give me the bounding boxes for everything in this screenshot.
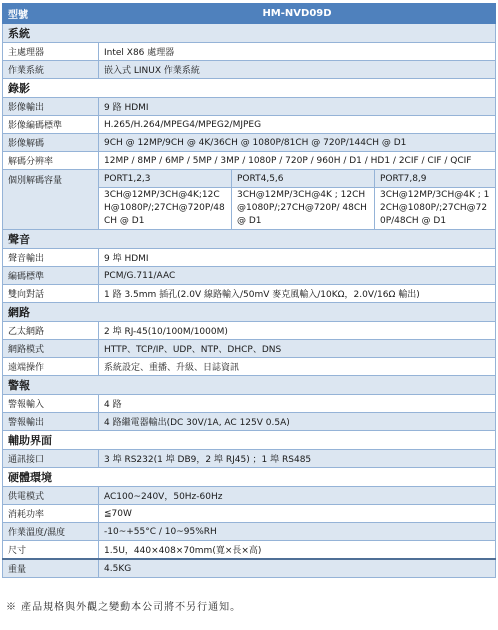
spec-value: HTTP、TCP/IP、UDP、NTP、DHCP、DNS <box>99 340 496 358</box>
spec-value: 1.5U，440×408×70mm(寬×長×高) <box>99 541 496 560</box>
spec-label: 網路模式 <box>3 340 99 358</box>
spec-row: 網路模式 HTTP、TCP/IP、UDP、NTP、DHCP、DNS <box>3 340 496 358</box>
spec-row: 重量 4.5KG <box>3 559 496 578</box>
section-audio: 聲音 <box>3 230 496 249</box>
port-name: PORT4,5,6 <box>232 170 375 188</box>
spec-label: 雙向對話 <box>3 285 99 303</box>
spec-value: -10~+55°C / 10~95%RH <box>99 523 496 541</box>
spec-value: 2 埠 RJ-45(10/100M/1000M) <box>99 322 496 340</box>
spec-label: 通訊接口 <box>3 450 99 468</box>
spec-label: 主處理器 <box>3 43 99 61</box>
spec-row: 遠端操作 系統設定、重播、升級、日誌資訊 <box>3 358 496 376</box>
header-row: 型號 HM-NVD09D <box>3 4 496 24</box>
spec-value: ≦70W <box>99 505 496 523</box>
spec-label: 個別解碼容量 <box>3 170 99 230</box>
port-value: 3CH@12MP/3CH@4K ; 12CH@1080P/;27CH@720P/… <box>375 188 496 230</box>
spec-label: 消耗功率 <box>3 505 99 523</box>
section-alarm: 警報 <box>3 376 496 395</box>
spec-row: 雙向對話 1 路 3.5mm 插孔(2.0V 線路輸入/50mV 麥克風輸入/1… <box>3 285 496 303</box>
section-hardware: 硬體環境 <box>3 468 496 487</box>
spec-row: 警報輸入 4 路 <box>3 395 496 413</box>
spec-value: 4 路 <box>99 395 496 413</box>
section-title: 錄影 <box>3 79 496 98</box>
spec-label: 影像輸出 <box>3 98 99 116</box>
section-title: 警報 <box>3 376 496 395</box>
spec-row: 影像編碼標準 H.265/H.264/MPEG4/MPEG2/MJPEG <box>3 116 496 134</box>
spec-row: 解碼分辨率 12MP / 8MP / 6MP / 5MP / 3MP / 108… <box>3 152 496 170</box>
spec-table: 型號 HM-NVD09D 系統 主處理器 Intel X86 處理器 作業系統 … <box>2 3 496 578</box>
port-name: PORT1,2,3 <box>99 170 232 188</box>
section-recording: 錄影 <box>3 79 496 98</box>
spec-row: 主處理器 Intel X86 處理器 <box>3 43 496 61</box>
spec-label: 供電模式 <box>3 487 99 505</box>
model-name: HM-NVD09D <box>99 4 496 24</box>
spec-row: 作業系統 嵌入式 LINUX 作業系統 <box>3 61 496 79</box>
spec-row: 乙太網路 2 埠 RJ-45(10/100M/1000M) <box>3 322 496 340</box>
spec-row: 通訊接口 3 埠 RS232(1 埠 DB9，2 埠 RJ45) ；1 埠 RS… <box>3 450 496 468</box>
spec-row: 供電模式 AC100~240V，50Hz-60Hz <box>3 487 496 505</box>
section-system: 系統 <box>3 24 496 43</box>
spec-value: 3 埠 RS232(1 埠 DB9，2 埠 RJ45) ；1 埠 RS485 <box>99 450 496 468</box>
spec-label: 乙太網路 <box>3 322 99 340</box>
port-header-row: 個別解碼容量 PORT1,2,3 PORT4,5,6 PORT7,8,9 <box>3 170 496 188</box>
spec-label: 警報輸入 <box>3 395 99 413</box>
section-title: 硬體環境 <box>3 468 496 487</box>
port-value: 3CH@12MP/3CH@4K;12CH@1080P/;27CH@720P/48… <box>99 188 232 230</box>
spec-value: 9 埠 HDMI <box>99 249 496 267</box>
spec-value: AC100~240V，50Hz-60Hz <box>99 487 496 505</box>
spec-label: 警報輸出 <box>3 413 99 431</box>
spec-value: PCM/G.711/AAC <box>99 267 496 285</box>
port-value: 3CH@12MP/3CH@4K ; 12CH@1080P/;27CH@720P/… <box>232 188 375 230</box>
port-name: PORT7,8,9 <box>375 170 496 188</box>
spec-value: 9CH @ 12MP/9CH @ 4K/36CH @ 1080P/81CH @ … <box>99 134 496 152</box>
spec-label: 影像編碼標準 <box>3 116 99 134</box>
spec-label: 聲音輸出 <box>3 249 99 267</box>
section-title: 系統 <box>3 24 496 43</box>
spec-row: 編碼標準 PCM/G.711/AAC <box>3 267 496 285</box>
model-label: 型號 <box>3 4 99 24</box>
spec-row: 警報輸出 4 路繼電器輸出(DC 30V/1A, AC 125V 0.5A) <box>3 413 496 431</box>
spec-value: 12MP / 8MP / 6MP / 5MP / 3MP / 1080P / 7… <box>99 152 496 170</box>
spec-label: 重量 <box>3 559 99 578</box>
spec-label: 尺寸 <box>3 541 99 560</box>
spec-label: 作業系統 <box>3 61 99 79</box>
spec-value: H.265/H.264/MPEG4/MPEG2/MJPEG <box>99 116 496 134</box>
section-title: 網路 <box>3 303 496 322</box>
spec-row: 聲音輸出 9 埠 HDMI <box>3 249 496 267</box>
spec-label: 影像解碼 <box>3 134 99 152</box>
section-network: 網路 <box>3 303 496 322</box>
spec-value: 9 路 HDMI <box>99 98 496 116</box>
spec-row: 影像輸出 9 路 HDMI <box>3 98 496 116</box>
spec-label: 解碼分辨率 <box>3 152 99 170</box>
spec-row: 尺寸 1.5U，440×408×70mm(寬×長×高) <box>3 541 496 560</box>
spec-value: 1 路 3.5mm 插孔(2.0V 線路輸入/50mV 麥克風輸入/10KΩ，2… <box>99 285 496 303</box>
spec-label: 作業溫度/濕度 <box>3 523 99 541</box>
footnote: ※ 產品規格與外觀之變動本公司將不另行通知。 <box>6 598 241 613</box>
spec-value: 系統設定、重播、升級、日誌資訊 <box>99 358 496 376</box>
spec-row: 消耗功率 ≦70W <box>3 505 496 523</box>
spec-row: 影像解碼 9CH @ 12MP/9CH @ 4K/36CH @ 1080P/81… <box>3 134 496 152</box>
spec-label: 編碼標準 <box>3 267 99 285</box>
spec-value: 嵌入式 LINUX 作業系統 <box>99 61 496 79</box>
section-title: 聲音 <box>3 230 496 249</box>
section-aux-interface: 輔助界面 <box>3 431 496 450</box>
spec-label: 遠端操作 <box>3 358 99 376</box>
spec-value: Intel X86 處理器 <box>99 43 496 61</box>
spec-row: 作業溫度/濕度 -10~+55°C / 10~95%RH <box>3 523 496 541</box>
spec-value: 4.5KG <box>99 559 496 578</box>
section-title: 輔助界面 <box>3 431 496 450</box>
spec-value: 4 路繼電器輸出(DC 30V/1A, AC 125V 0.5A) <box>99 413 496 431</box>
